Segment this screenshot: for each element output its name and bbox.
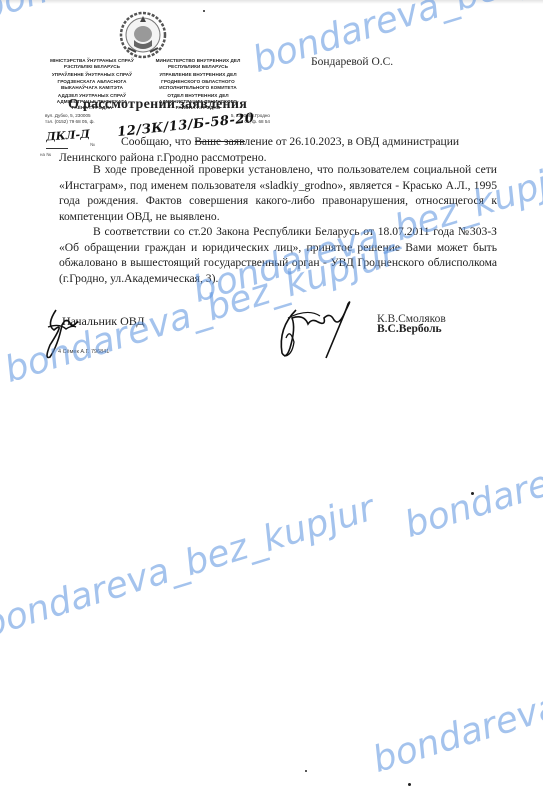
scan-top-edge bbox=[0, 0, 543, 4]
watermark: bondareva_bez_kupjur bbox=[368, 623, 543, 781]
scan-speck bbox=[305, 770, 307, 772]
watermark: bondareva_bez_kupjur bbox=[248, 0, 543, 81]
state-emblem-icon bbox=[118, 10, 168, 60]
paragraph-2: В ходе проведенной проверки установлено,… bbox=[59, 162, 497, 224]
paragraph-line: Сообщаю, что Ваше заявление от 26.10.202… bbox=[59, 134, 497, 150]
paragraph-text: В ходе проведенной проверки установлено,… bbox=[59, 162, 497, 224]
letterhead-line: Упраўленне ўнутраных спраў bbox=[42, 72, 142, 78]
document-subject: О рассмотрении заявления bbox=[68, 97, 247, 113]
scan-speck bbox=[408, 783, 411, 786]
scan-speck bbox=[203, 10, 205, 12]
paragraph-3: В соответствии со ст.20 Закона Республик… bbox=[59, 224, 497, 286]
document-page: Міністэрства ўнутраных спраў Рэспублікі … bbox=[0, 0, 543, 800]
initials-signature-icon bbox=[36, 305, 96, 365]
acting-signatory-name: В.С.Верболь bbox=[377, 324, 442, 335]
watermark: bondareva_bez_kupjur bbox=[0, 0, 377, 29]
strike-mark bbox=[195, 141, 245, 142]
scan-speck bbox=[471, 492, 474, 495]
paragraph-1: Сообщаю, что Ваше заявление от 26.10.202… bbox=[59, 134, 497, 165]
reference-label: на № bbox=[40, 152, 51, 157]
recipient: Бондаревой О.С. bbox=[311, 56, 393, 68]
watermark: bondareva_bez_kupjur bbox=[0, 488, 379, 646]
paragraph-text: В соответствии со ст.20 Закона Республик… bbox=[59, 224, 497, 286]
watermark: bondareva_bez_kupjur bbox=[400, 388, 543, 546]
executor-info: 4 Сёмек А.Г. 796841 bbox=[58, 349, 109, 355]
signature-icon bbox=[268, 298, 358, 363]
